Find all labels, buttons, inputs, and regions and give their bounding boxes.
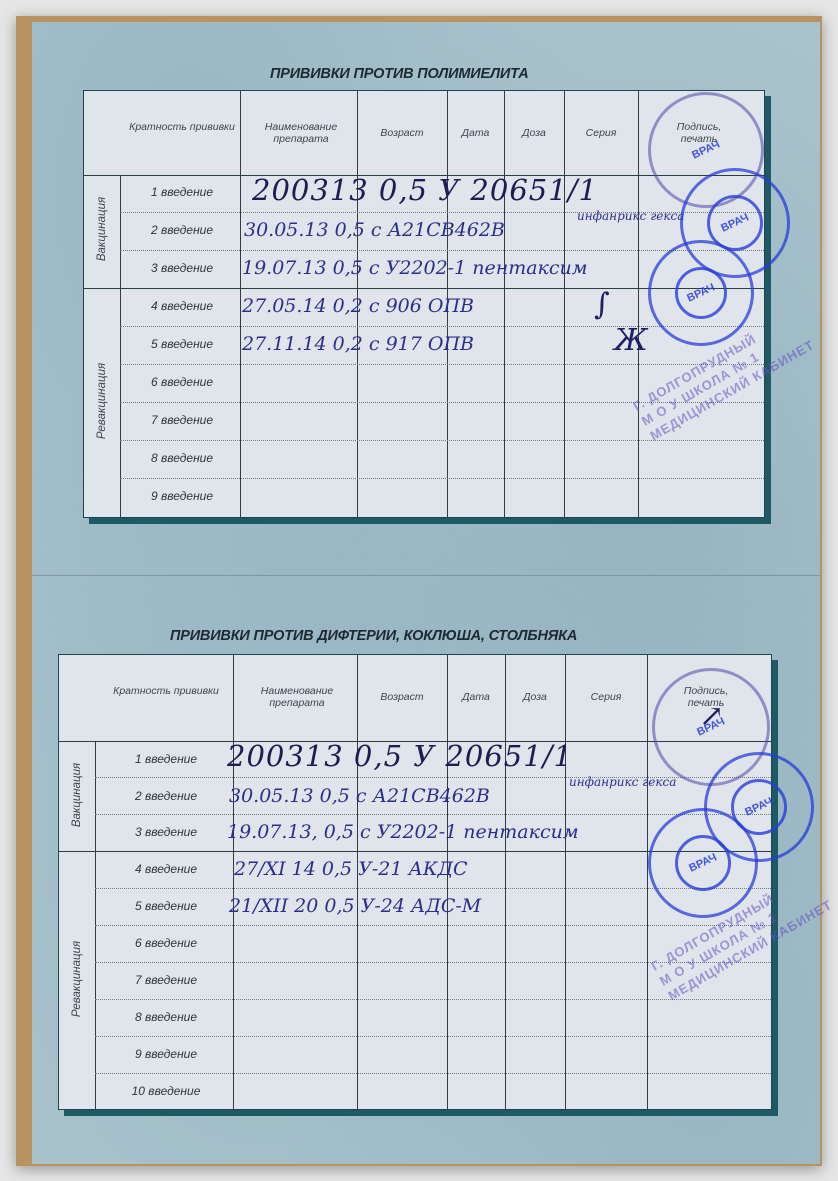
header-series: Серия bbox=[564, 127, 638, 139]
handwritten-entry: 30.05.13 0,5 с А21СВ462В bbox=[244, 219, 505, 241]
row-label: 5 введение bbox=[99, 899, 233, 913]
handwritten-note: инфанрикс гекса bbox=[569, 777, 676, 788]
header-multiplicity: Кратность прививки bbox=[124, 121, 240, 133]
header-drug-name: Наименование препарата bbox=[239, 685, 355, 709]
handwritten-entry: 27.05.14 0,2 с 906 ОПВ bbox=[242, 295, 474, 317]
row-label: 7 введение bbox=[124, 413, 240, 427]
handwritten-entry: 30.05.13 0,5 с А21СВ462В bbox=[229, 785, 490, 807]
stamp-text: ВРАЧ bbox=[658, 698, 765, 756]
row-label: 4 введение bbox=[99, 862, 233, 876]
header-dose: Доза bbox=[505, 691, 565, 703]
row-label: 4 введение bbox=[124, 299, 240, 313]
row-label: 6 введение bbox=[124, 375, 240, 389]
row-label: 6 введение bbox=[99, 936, 233, 950]
header-dose: Доза bbox=[504, 127, 564, 139]
dtp-title: ПРИВИВКИ ПРОТИВ ДИФТЕРИИ, КОКЛЮША, СТОЛБ… bbox=[170, 628, 577, 644]
doctor-stamp: ВРАЧ bbox=[648, 240, 754, 346]
row-label: 9 введение bbox=[99, 1047, 233, 1061]
polio-title: ПРИВИВКИ ПРОТИВ ПОЛИМИЕЛИТА bbox=[270, 66, 528, 82]
row-label: 9 введение bbox=[124, 489, 240, 503]
handwritten-note: инфанрикс гекса bbox=[577, 211, 684, 222]
page-fold bbox=[32, 575, 820, 576]
handwritten-entry: 27.11.14 0,2 с 917 ОПВ bbox=[242, 333, 474, 355]
row-label: 3 введение bbox=[99, 825, 233, 839]
row-label: 8 введение bbox=[124, 451, 240, 465]
row-label: 3 введение bbox=[124, 261, 240, 275]
header-date: Дата bbox=[447, 127, 504, 139]
doctor-stamp: ВРАЧ bbox=[648, 808, 758, 918]
row-label: 7 введение bbox=[99, 973, 233, 987]
header-age: Возраст bbox=[357, 127, 447, 139]
header-age: Возраст bbox=[357, 691, 447, 703]
header-drug-name: Наименование препарата bbox=[247, 121, 355, 145]
handwritten-entry: 27/XI 14 0,5 У-21 АКДС bbox=[234, 858, 468, 880]
group-vaccination: Вакцинация bbox=[96, 179, 108, 279]
row-label: 1 введение bbox=[99, 752, 233, 766]
row-label: 5 введение bbox=[124, 337, 240, 351]
handwritten-entry: 21/XII 20 0,5 У-24 АДС-М bbox=[229, 895, 481, 917]
group-vaccination: Вакцинация bbox=[71, 745, 83, 845]
row-label: 2 введение bbox=[124, 223, 240, 237]
handwritten-entry: 19.07.13 0,5 с У2202-1 пентаксим bbox=[242, 257, 588, 279]
header-multiplicity: Кратность прививки bbox=[99, 685, 233, 697]
row-label: 10 введение bbox=[99, 1084, 233, 1098]
header-series: Серия bbox=[565, 691, 647, 703]
group-revaccination: Ревакцинация bbox=[96, 341, 108, 461]
signature: ∫ bbox=[594, 287, 610, 322]
handwritten-entry: 200313 0,5 У 20651/1 bbox=[227, 739, 573, 773]
signature: Ж bbox=[614, 323, 648, 358]
handwritten-entry: 19.07.13, 0,5 с У2202-1 пентаксим bbox=[227, 821, 579, 843]
row-label: 2 введение bbox=[99, 789, 233, 803]
row-label: 1 введение bbox=[124, 185, 240, 199]
row-label: 8 введение bbox=[99, 1010, 233, 1024]
group-revaccination: Ревакцинация bbox=[71, 919, 83, 1039]
handwritten-entry: 200313 0,5 У 20651/1 bbox=[252, 173, 598, 207]
header-date: Дата bbox=[447, 691, 505, 703]
